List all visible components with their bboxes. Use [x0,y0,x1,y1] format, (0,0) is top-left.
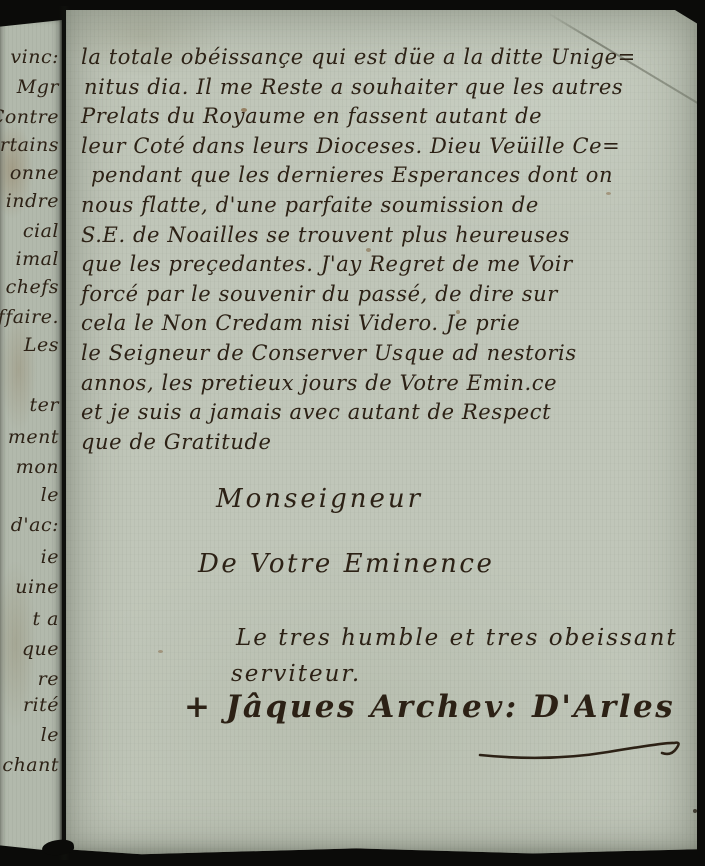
body-text: la totale obéissançe qui est düe a la di… [81,43,636,457]
margin-fragment: cial [23,220,59,242]
margin-fragment: d'ac: [11,514,59,536]
margin-fragment: vinc: [10,46,59,68]
margin-fragment: onne [10,162,59,184]
margin-fragment: rité [23,694,59,716]
margin-fragment: Mgr [17,76,59,98]
body-line: leur Coté dans leurs Dioceses. Dieu Veüi… [81,132,636,162]
body-line: annos, les pretieux jours de Votre Emin.… [81,369,636,399]
body-line: nous flatte, d'une parfaite soumission d… [81,191,636,221]
margin-fragment: t a [32,608,59,630]
paper-stain [366,248,371,252]
body-line: et je suis a jamais avec autant de Respe… [81,398,636,428]
closing-salutation: Monseigneur [216,484,423,514]
body-line: que les preçedantes. J'ay Regret de me V… [81,250,636,280]
margin-fragment: chefs [6,276,59,298]
facing-page-edge: vinc:MgrContreertainsonneindrecialimalch… [0,20,62,852]
margin-fragment: que [22,638,59,660]
margin-fragment: chant [2,754,59,776]
paper-stain [456,310,460,314]
body-line: pendant que les dernieres Esperances don… [91,161,636,191]
margin-fragment: re [38,668,59,690]
body-line: la totale obéissançe qui est düe a la di… [81,43,636,73]
body-line: le Seigneur de Conserver Usque ad nestor… [81,339,636,369]
margin-fragment: le [41,484,59,506]
margin-fragment: indre [6,190,59,212]
paper-stain [606,192,611,195]
body-line: Prelats du Royaume en fassent autant de [81,102,636,132]
signature: + Jâques Archev: D'Arles [184,689,675,725]
closing-valediction-line1: Le tres humble et tres obeissant [236,625,678,651]
body-line: cela le Non Credam nisi Videro. Je prie [81,309,636,339]
paper-stain [158,650,163,653]
margin-fragment: ertains [0,134,59,156]
margin-fragment: ment [8,426,59,448]
body-line: S.E. de Noailles se trouvent plus heureu… [81,221,636,251]
paper-stain [693,809,697,813]
body-line: que de Gratitude [81,428,636,458]
paper-stain [241,108,247,112]
closing-valediction-line2: serviteur. [231,661,361,687]
margin-fragment: Les [24,334,59,356]
margin-fragment: imal [16,248,60,270]
body-line: forcé par le souvenir du passé, de dire … [81,280,636,310]
body-line: nitus dia. Il me Reste a souhaiter que l… [84,73,636,103]
margin-fragment: le [41,724,59,746]
margin-fragment: ffaire. [0,306,59,328]
margin-fragment: uine [15,576,59,598]
margin-fragment: ie [41,546,59,568]
margin-fragment: mon [16,456,59,478]
margin-fragment: ter [30,394,59,416]
margin-fragment: Contre [0,106,59,128]
manuscript-scan: vinc:MgrContreertainsonneindrecialimalch… [0,0,705,866]
manuscript-page: la totale obéissançe qui est düe a la di… [66,10,697,856]
closing-address: De Votre Eminence [198,549,494,579]
signature-flourish [478,739,688,763]
